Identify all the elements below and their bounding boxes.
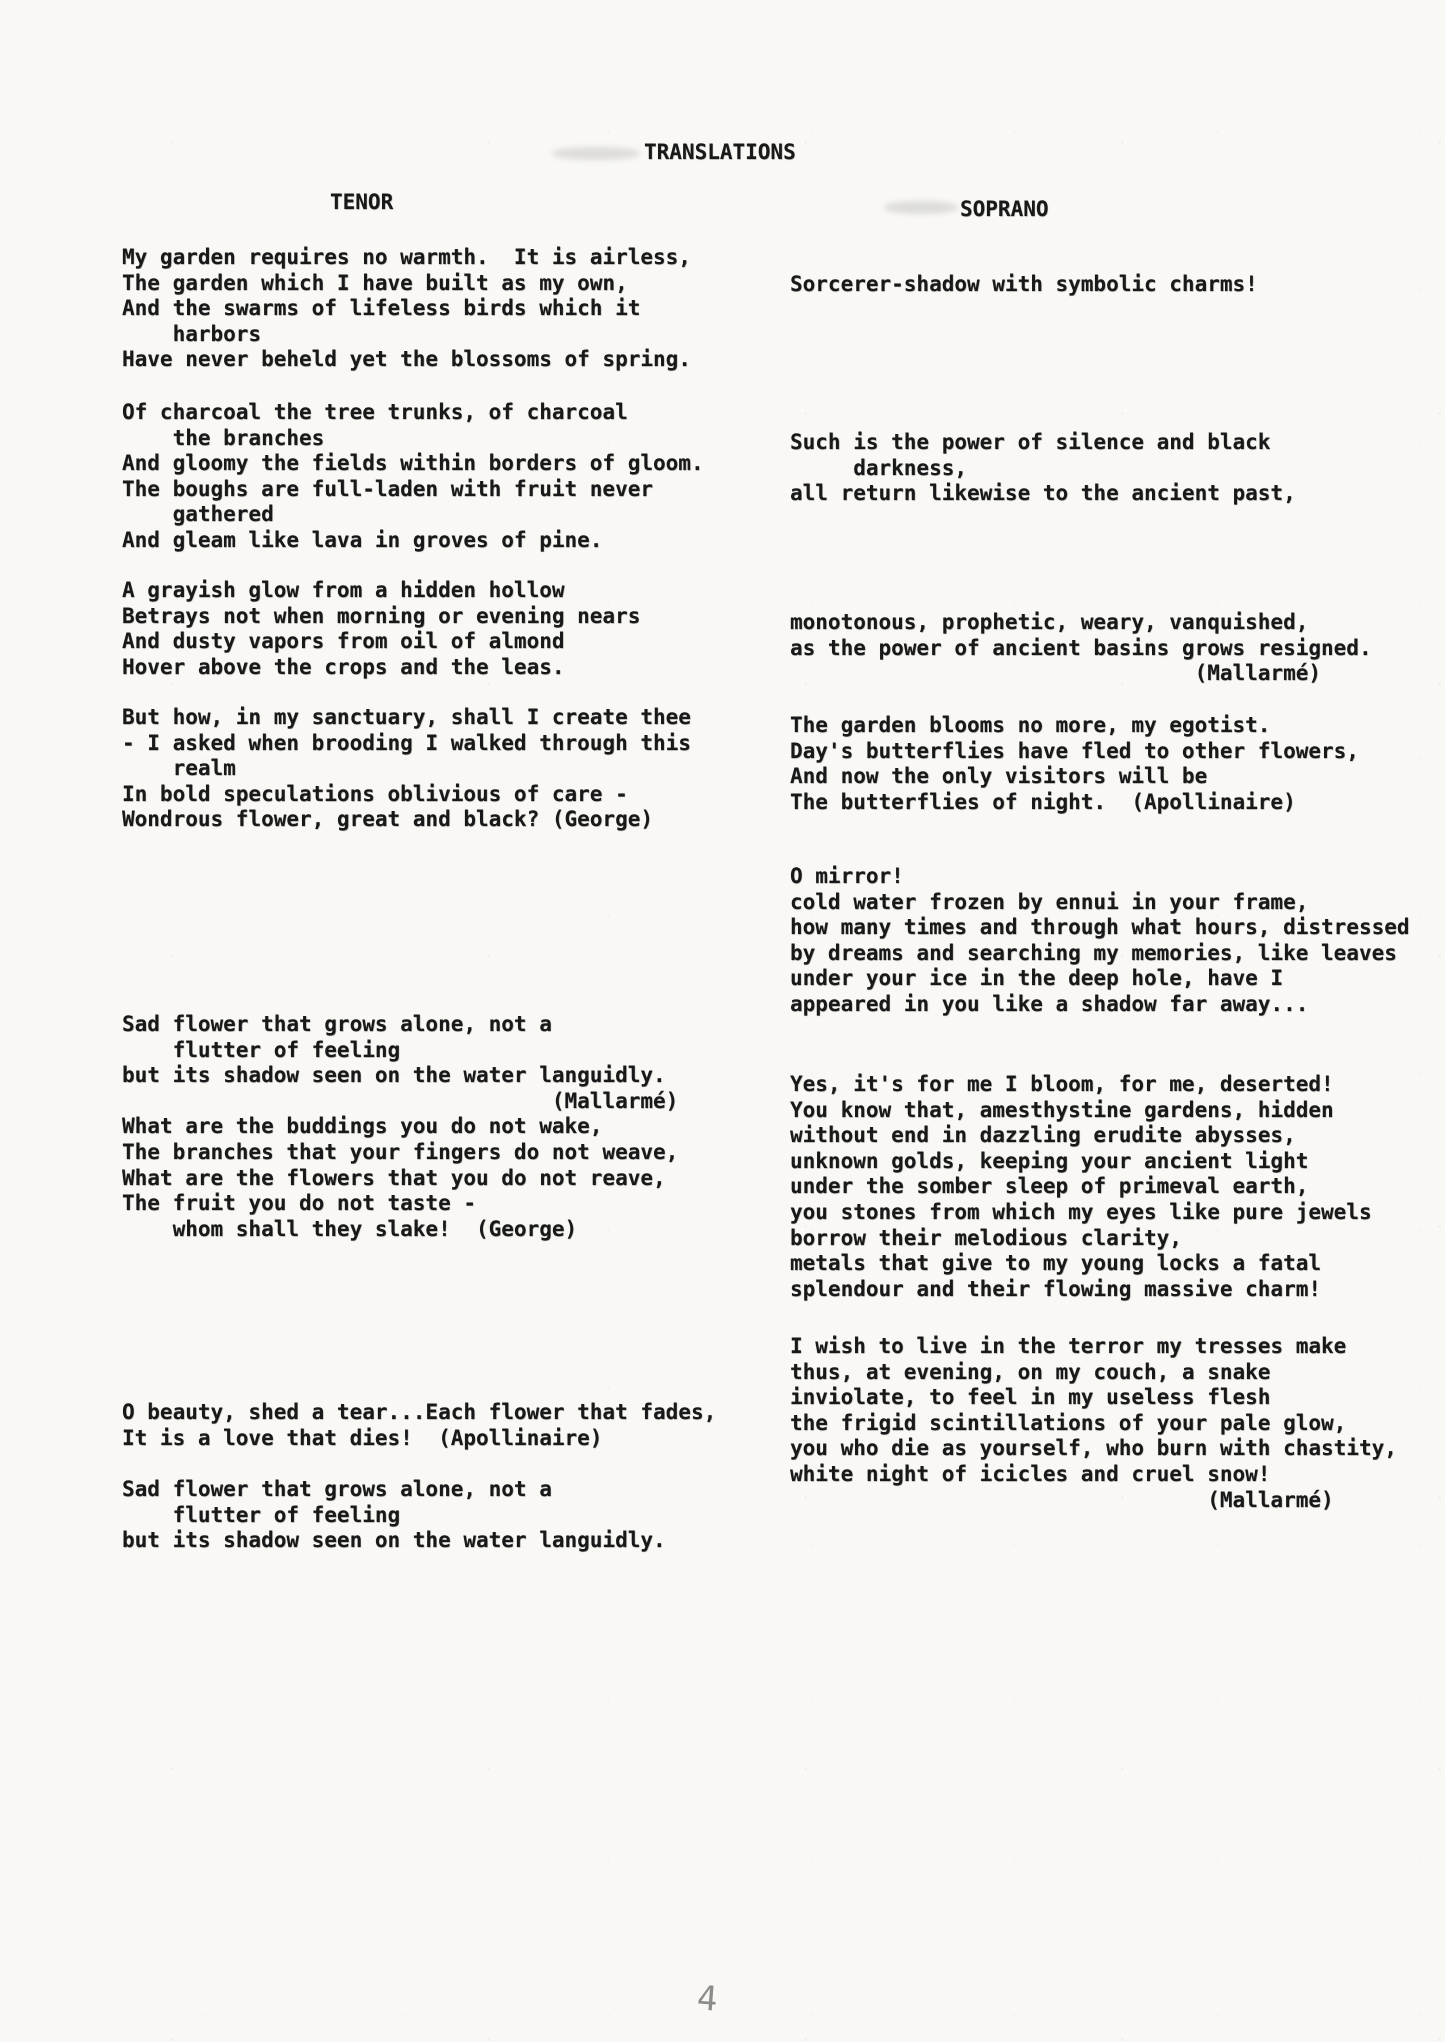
tenor-column-header: TENOR xyxy=(330,190,393,216)
tenor-stanza-6: O beauty, shed a tear...Each flower that… xyxy=(122,1400,716,1451)
tenor-stanza-3: A grayish glow from a hidden hollow Betr… xyxy=(122,578,640,680)
page-title: TRANSLATIONS xyxy=(644,140,796,166)
document-page: TRANSLATIONS TENOR SOPRANO My garden req… xyxy=(0,0,1445,2042)
soprano-stanza-4: The garden blooms no more, my egotist. D… xyxy=(790,713,1359,815)
soprano-stanza-3: monotonous, prophetic, weary, vanquished… xyxy=(790,610,1372,687)
tenor-stanza-5: Sad flower that grows alone, not a flutt… xyxy=(122,1012,678,1242)
soprano-stanza-5: O mirror! cold water frozen by ennui in … xyxy=(790,864,1410,1018)
tenor-stanza-4: But how, in my sanctuary, shall I create… xyxy=(122,705,691,833)
tenor-stanza-1: My garden requires no warmth. It is airl… xyxy=(122,245,691,373)
tenor-stanza-7: Sad flower that grows alone, not a flutt… xyxy=(122,1477,666,1554)
soprano-stanza-2: Such is the power of silence and black d… xyxy=(790,430,1296,507)
ink-smudge xyxy=(552,147,640,160)
tenor-stanza-2: Of charcoal the tree trunks, of charcoal… xyxy=(122,400,704,554)
soprano-column-header: SOPRANO xyxy=(960,197,1049,223)
soprano-stanza-1: Sorcerer-shadow with symbolic charms! xyxy=(790,272,1258,298)
soprano-stanza-6: Yes, it's for me I bloom, for me, desert… xyxy=(790,1072,1372,1302)
ink-smudge xyxy=(884,201,958,214)
soprano-stanza-7: I wish to live in the terror my tresses … xyxy=(790,1334,1397,1513)
page-number: 4 xyxy=(696,1981,719,2016)
